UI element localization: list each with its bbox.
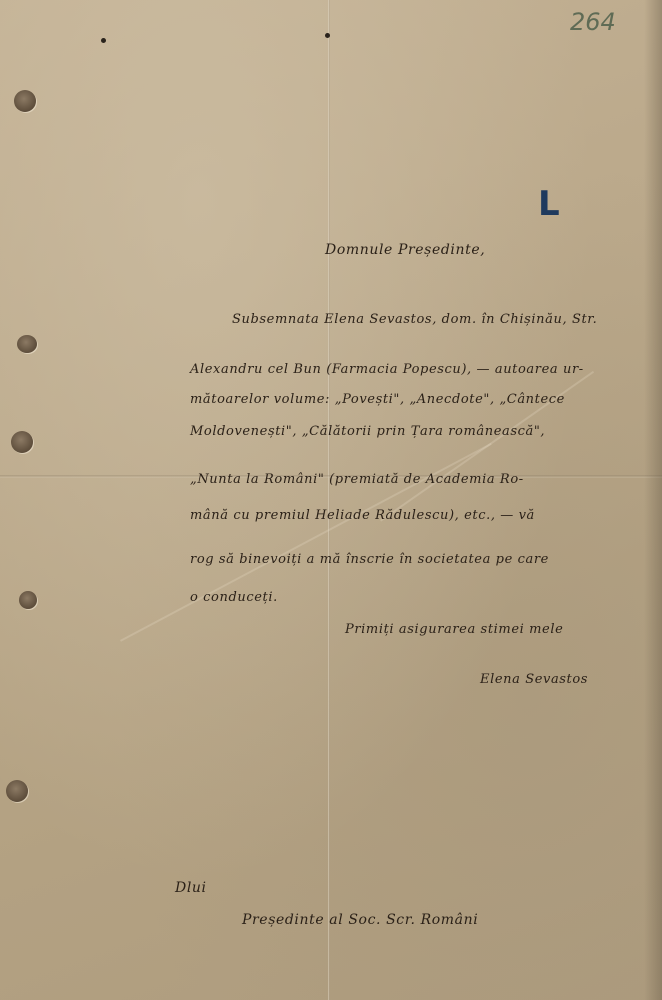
signature: Elena Sevastos: [480, 672, 588, 687]
page-edge-shadow: [644, 0, 662, 1000]
folio-number: 264: [570, 8, 616, 36]
body-line: mătoarelor volume: „Povești", „Anecdote"…: [190, 392, 565, 407]
punch-hole: [14, 90, 36, 112]
ink-dot: [101, 38, 106, 43]
vertical-fold: [328, 0, 330, 1000]
blue-pencil-mark: L: [538, 184, 560, 224]
body-line: „Nunta la Români" (premiată de Academia …: [190, 472, 524, 487]
body-line: Moldovenești", „Călătorii prin Țara româ…: [190, 424, 545, 439]
addressee-prefix: Dlui: [175, 880, 207, 896]
closing-line: Primiți asigurarea stimei mele: [345, 622, 563, 637]
letter-page: 264 L Domnule Președinte, Subsemnata Ele…: [0, 0, 662, 1000]
addressee: Președinte al Soc. Scr. Români: [242, 912, 478, 928]
body-line: mână cu premiul Heliade Rădulescu), etc.…: [190, 508, 535, 523]
body-line: Alexandru cel Bun (Farmacia Popescu), — …: [190, 362, 584, 377]
punch-hole: [19, 591, 37, 609]
body-line: rog să binevoiți a mă înscrie în societa…: [190, 552, 549, 567]
salutation: Domnule Președinte,: [325, 242, 485, 258]
punch-hole: [11, 431, 33, 453]
punch-hole: [17, 335, 37, 353]
body-line: Subsemnata Elena Sevastos, dom. în Chiși…: [232, 312, 597, 327]
body-line: o conduceți.: [190, 590, 278, 605]
punch-hole: [6, 780, 28, 802]
ink-dot: [325, 33, 330, 38]
